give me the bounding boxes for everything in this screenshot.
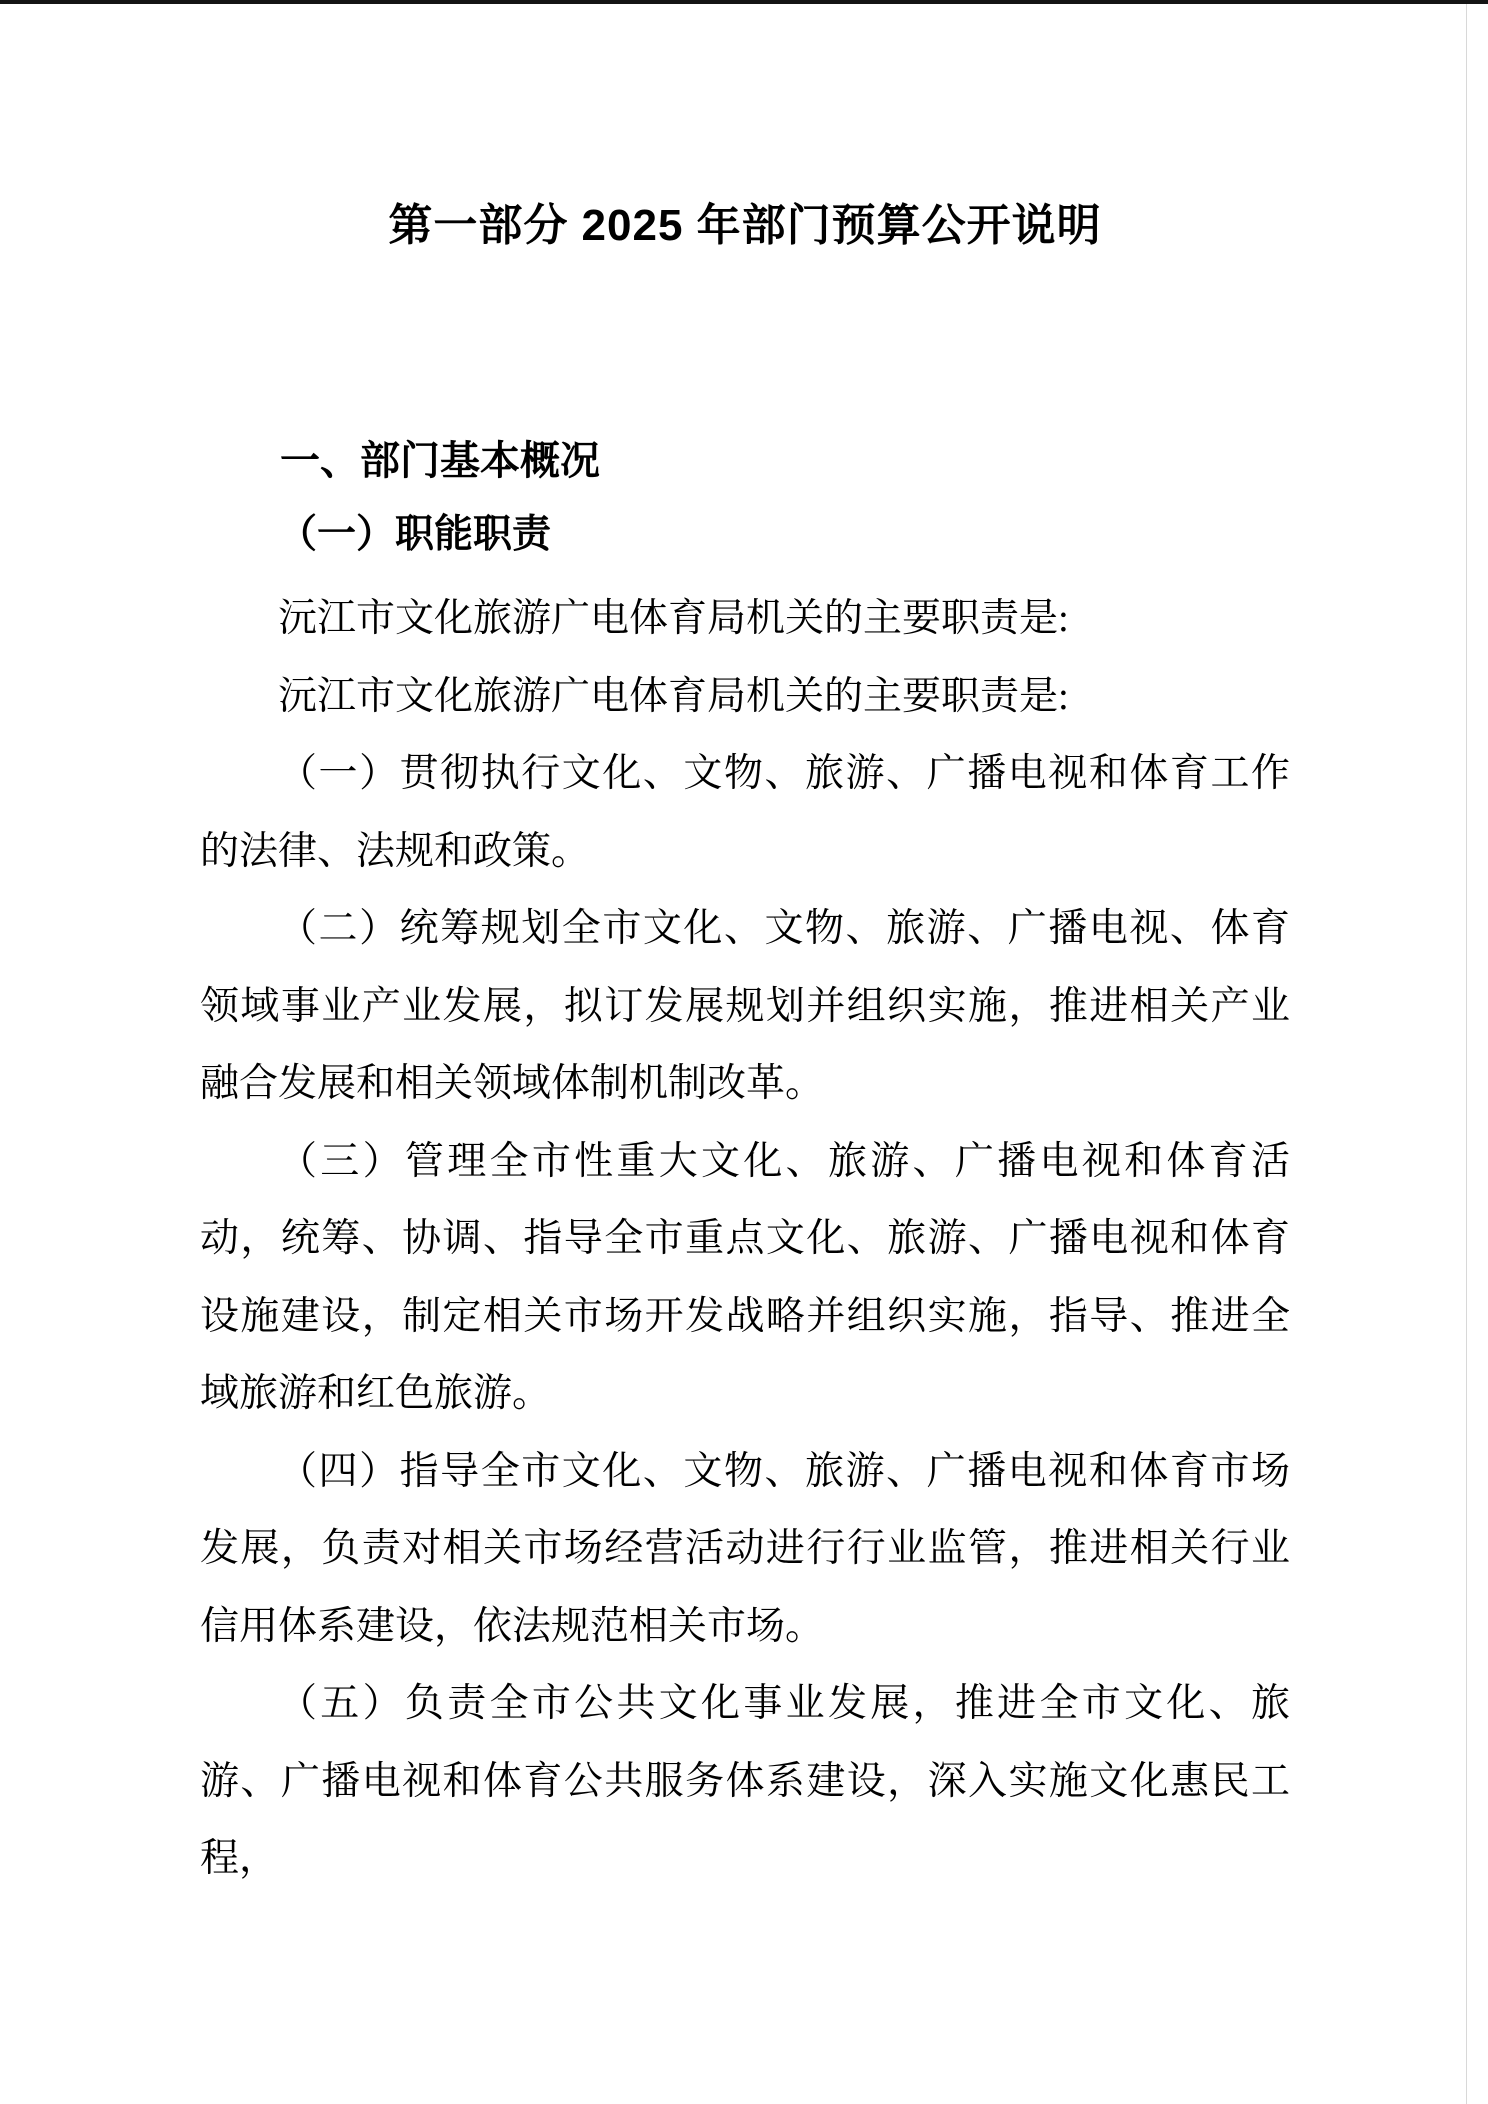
paragraph-duty-5: （五）负责全市公共文化事业发展，推进全市文化、旅游、广播电视和体育公共服务体系建…	[200, 1665, 1290, 1898]
paragraph-duty-intro-2: 沅江市文化旅游广电体育局机关的主要职责是:	[200, 658, 1290, 736]
subsection-heading: （一）职能职责	[200, 512, 1290, 558]
paragraph-duty-3: （三）管理全市性重大文化、旅游、广播电视和体育活动，统筹、协调、指导全市重点文化…	[200, 1123, 1290, 1433]
paragraph-duty-1: （一）贯彻执行文化、文物、旅游、广播电视和体育工作的法律、法规和政策。	[200, 735, 1290, 890]
paragraph-duty-2: （二）统筹规划全市文化、文物、旅游、广播电视、体育领域事业产业发展，拟订发展规划…	[200, 890, 1290, 1123]
section-heading: 一、部门基本概况	[200, 438, 1290, 484]
document-body: 沅江市文化旅游广电体育局机关的主要职责是: 沅江市文化旅游广电体育局机关的主要职…	[200, 580, 1290, 1898]
document-page: 第一部分 2025 年部门预算公开说明 一、部门基本概况 （一）职能职责 沅江市…	[0, 0, 1488, 1898]
document-title: 第一部分 2025 年部门预算公开说明	[200, 0, 1290, 252]
paragraph-duty-4: （四）指导全市文化、文物、旅游、广播电视和体育市场发展，负责对相关市场经营活动进…	[200, 1433, 1290, 1666]
paragraph-duty-intro-1: 沅江市文化旅游广电体育局机关的主要职责是:	[200, 580, 1290, 658]
